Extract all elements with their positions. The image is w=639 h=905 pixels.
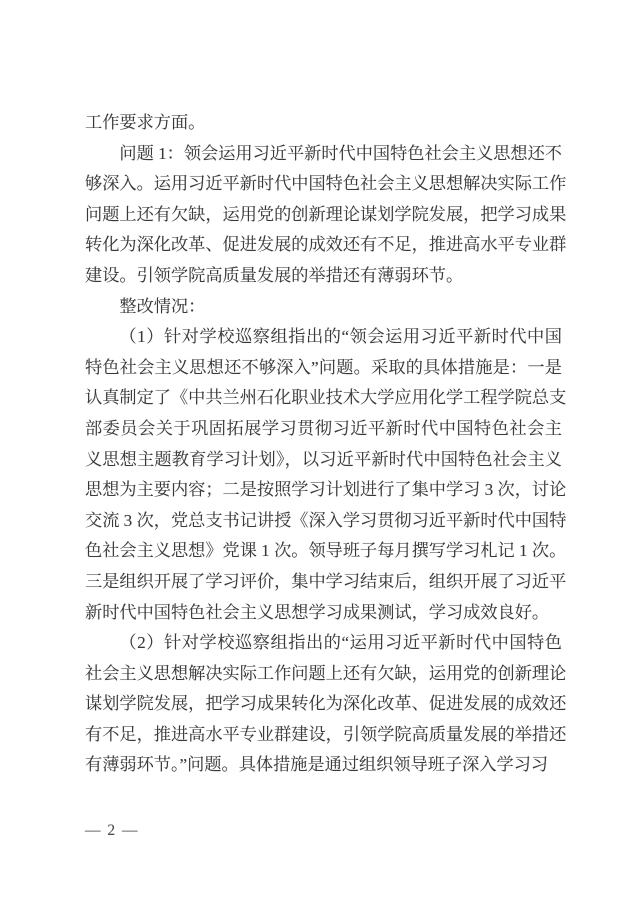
text-line: 新时代中国特色社会主义思想学习成果测试，学习成效良好。 <box>85 598 562 629</box>
text-line: 谋划学院发展，把学习成果转化为深化改革、促进发展的成效还 <box>85 689 562 720</box>
text-line: 有不足，推进高水平专业群建设，引领学院高质量发展的举措还 <box>85 720 562 751</box>
text-line: 认真制定了《中共兰州石化职业技术大学应用化学工程学院总支 <box>85 383 562 414</box>
text-line: 整改情况： <box>85 292 562 323</box>
text-line: 义思想主题教育学习计划》，以习近平新时代中国特色社会主义 <box>85 445 562 476</box>
text-line: 思想为主要内容；二是按照学习计划进行了集中学习 3 次，讨论 <box>85 475 562 506</box>
text-line: 建设。引领学院高质量发展的举措还有薄弱环节。 <box>85 261 562 292</box>
text-line: 转化为深化改革、促进发展的成效还有不足，推进高水平专业群 <box>85 230 562 261</box>
text-line: 社会主义思想解决实际工作问题上还有欠缺，运用党的创新理论 <box>85 659 562 690</box>
text-line: 问题 1：领会运用习近平新时代中国特色社会主义思想还不 <box>85 139 562 170</box>
text-line: 交流 3 次，党总支书记讲授《深入学习贯彻习近平新时代中国特 <box>85 506 562 537</box>
text-line: 有薄弱环节。”问题。具体措施是通过组织领导班子深入学习习 <box>85 750 562 781</box>
body-text: 工作要求方面。 问题 1：领会运用习近平新时代中国特色社会主义思想还不 够深入。… <box>85 108 562 781</box>
text-line: 够深入。运用习近平新时代中国特色社会主义思想解决实际工作 <box>85 169 562 200</box>
text-line: 问题上还有欠缺，运用党的创新理论谋划学院发展，把学习成果 <box>85 200 562 231</box>
page-number: — 2 — <box>85 821 139 841</box>
text-line: （1）针对学校巡察组指出的“领会运用习近平新时代中国 <box>85 322 562 353</box>
text-line: 部委员会关于巩固拓展学习贯彻习近平新时代中国特色社会主 <box>85 414 562 445</box>
text-line: 特色社会主义思想还不够深入”问题。采取的具体措施是：一是 <box>85 353 562 384</box>
text-line: 色社会主义思想》党课 1 次。领导班子每月撰写学习札记 1 次。 <box>85 536 562 567</box>
text-line: 工作要求方面。 <box>85 108 562 139</box>
document-page: 工作要求方面。 问题 1：领会运用习近平新时代中国特色社会主义思想还不 够深入。… <box>0 0 639 905</box>
text-line: 三是组织开展了学习评价，集中学习结束后，组织开展了习近平 <box>85 567 562 598</box>
text-line: （2）针对学校巡察组指出的“运用习近平新时代中国特色 <box>85 628 562 659</box>
